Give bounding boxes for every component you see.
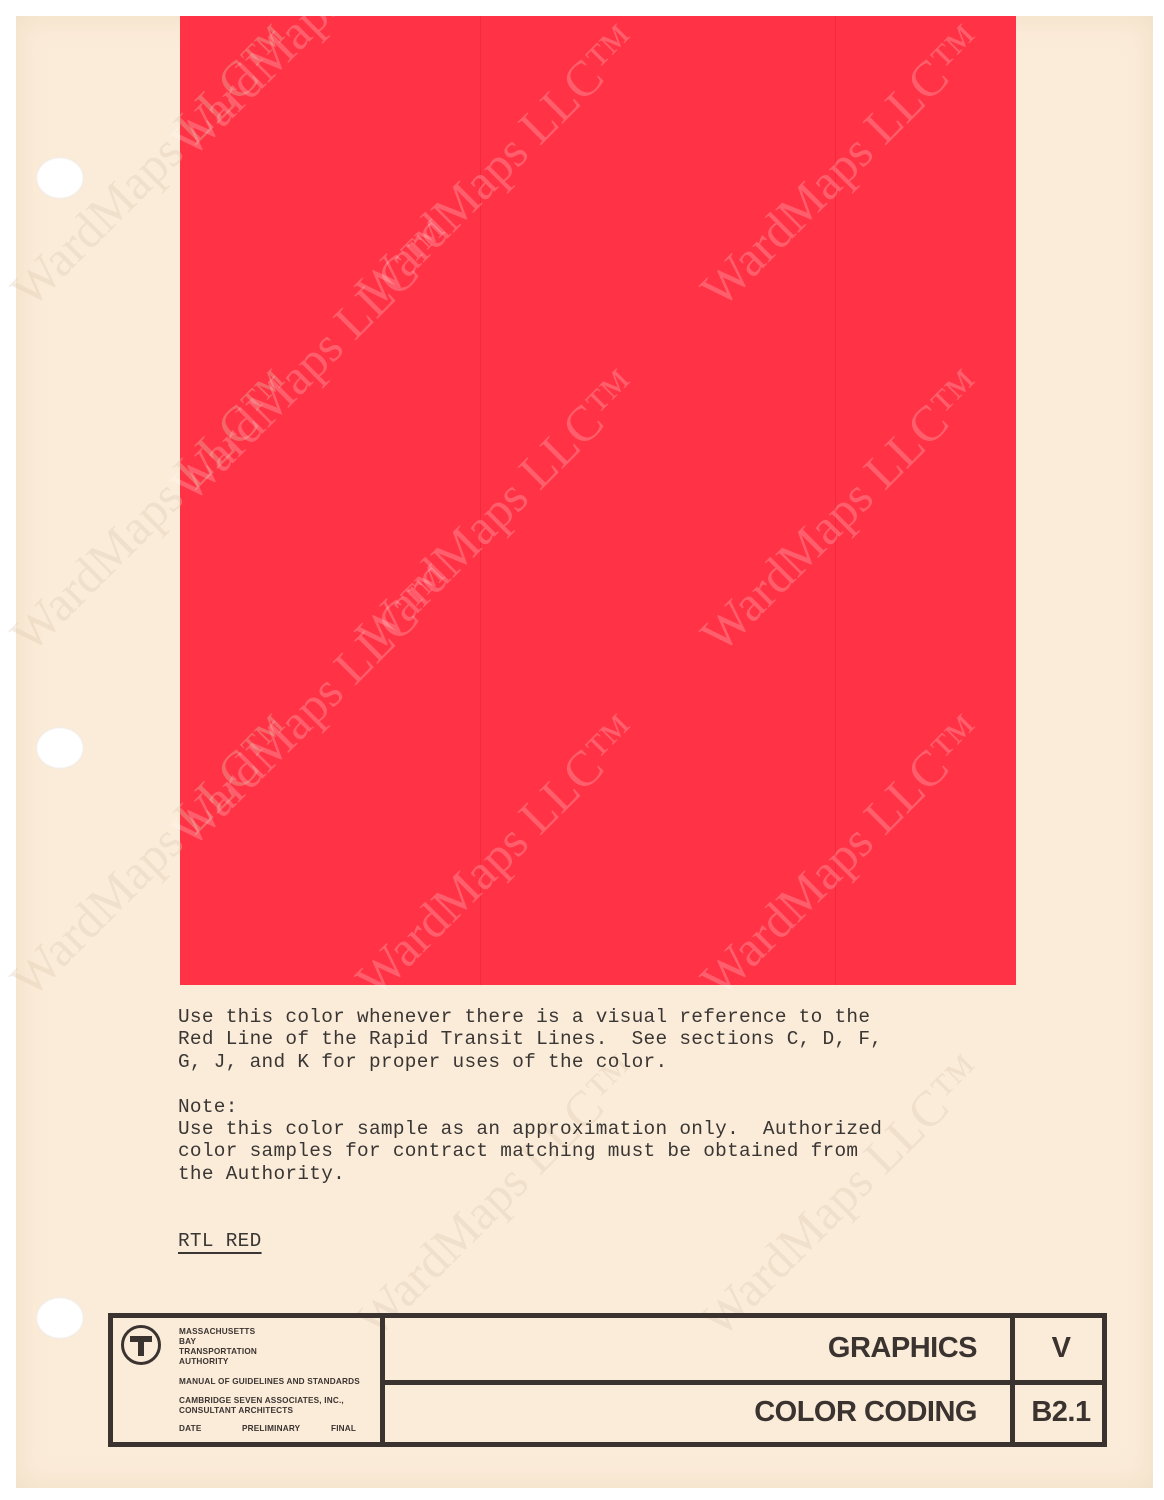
note-heading: Note: — [178, 1096, 238, 1118]
status-preliminary: PRELIMINARY — [242, 1424, 300, 1434]
binder-hole — [36, 157, 84, 199]
section-number: V — [1015, 1332, 1107, 1365]
color-name-label: RTL RED — [178, 1230, 262, 1252]
description-line: Use this color whenever there is a visua… — [178, 1006, 870, 1028]
binder-hole — [36, 1297, 84, 1339]
authority-panel: MASSACHUSETTS BAY TRANSPORTATION AUTHORI… — [113, 1318, 380, 1442]
consultant-line: CAMBRIDGE SEVEN ASSOCIATES, INC., — [179, 1396, 344, 1406]
status-final: FINAL — [331, 1424, 356, 1434]
divider — [385, 1380, 1102, 1385]
authority-line: BAY — [179, 1337, 196, 1347]
status-date: DATE — [179, 1424, 201, 1434]
binder-hole — [36, 727, 84, 769]
note-line: Use this color sample as an approximatio… — [178, 1118, 882, 1140]
page-title: COLOR CODING — [754, 1396, 977, 1429]
note-line: the Authority. — [178, 1163, 345, 1185]
section-title: GRAPHICS — [828, 1332, 977, 1365]
authority-line: TRANSPORTATION — [179, 1347, 257, 1357]
note-line: color samples for contract matching must… — [178, 1140, 858, 1162]
title-block: MASSACHUSETTS BAY TRANSPORTATION AUTHORI… — [108, 1313, 1107, 1447]
swatch-seam — [835, 16, 836, 985]
description-line: G, J, and K for proper uses of the color… — [178, 1051, 667, 1073]
consultant-line: CONSULTANT ARCHITECTS — [179, 1406, 293, 1416]
authority-line: MASSACHUSETTS — [179, 1327, 255, 1337]
swatch-seam — [480, 16, 481, 985]
description-line: Red Line of the Rapid Transit Lines. See… — [178, 1028, 882, 1050]
page-number: B2.1 — [1015, 1396, 1107, 1429]
authority-line: AUTHORITY — [179, 1357, 229, 1367]
manual-title: MANUAL OF GUIDELINES AND STANDARDS — [179, 1377, 360, 1387]
color-swatch — [180, 16, 1016, 985]
mbta-t-logo-icon — [121, 1325, 161, 1365]
